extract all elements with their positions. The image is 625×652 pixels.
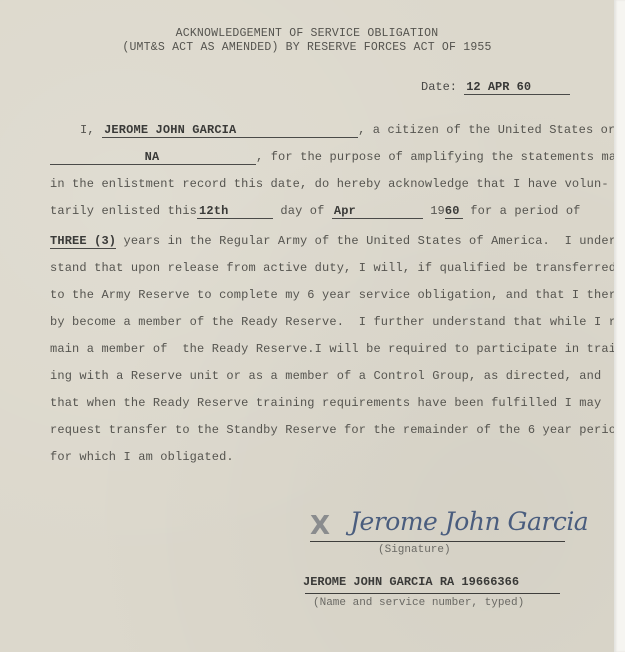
date-row: Date: 12 APR 60 — [421, 80, 570, 95]
typed-name-line — [305, 593, 560, 594]
body-line-11: that when the Ready Reserve training req… — [50, 396, 601, 410]
body-line-9: main a member of the Ready Reserve.I wil… — [50, 342, 625, 356]
signature-block: X Jerome John Garcia (Signature) — [300, 505, 590, 565]
body-text: I, — [80, 123, 102, 137]
date-label: Date: — [421, 80, 457, 94]
body-line-13: for which I am obligated. — [50, 450, 234, 464]
body-line-1: I, JEROME JOHN GARCIA, a citizen of the … — [80, 123, 615, 138]
enlistee-name-field: JEROME JOHN GARCIA — [102, 123, 358, 138]
enlist-month-field: Apr — [332, 204, 423, 219]
body-line-8: by become a member of the Ready Reserve.… — [50, 315, 625, 329]
document-page: ACKNOWLEDGEMENT OF SERVICE OBLIGATION (U… — [0, 0, 614, 652]
paper-edge — [614, 0, 625, 652]
citizenship-field: NA — [50, 150, 256, 165]
term-field: THREE (3) — [50, 234, 116, 249]
body-text: 19 — [423, 204, 445, 218]
body-text: , a citizen of the United States or — [358, 123, 615, 137]
body-line-7: to the Army Reserve to complete my 6 yea… — [50, 288, 625, 302]
signature-line — [310, 541, 565, 542]
body-text: years in the Regular Army of the United … — [116, 234, 623, 248]
body-line-10: ing with a Reserve unit or as a member o… — [50, 369, 601, 383]
date-value: 12 APR 60 — [464, 80, 570, 95]
body-line-6: stand that upon release from active duty… — [50, 261, 616, 275]
typed-name-label: (Name and service number, typed) — [313, 597, 524, 609]
enlist-year-field: 60 — [445, 204, 463, 219]
body-line-5: THREE (3) years in the Regular Army of t… — [50, 234, 623, 248]
enlist-day-field: 12th — [197, 204, 273, 219]
body-text: day of — [273, 204, 332, 218]
body-line-2: NA, for the purpose of amplifying the st… — [50, 150, 625, 165]
body-line-12: request transfer to the Standby Reserve … — [50, 423, 623, 437]
document-title: ACKNOWLEDGEMENT OF SERVICE OBLIGATION — [0, 27, 614, 40]
document-subtitle: (UMT&S ACT AS AMENDED) BY RESERVE FORCES… — [0, 41, 614, 54]
signature-label: (Signature) — [378, 544, 451, 556]
body-text: tarily enlisted this — [50, 204, 197, 218]
body-line-3: in the enlistment record this date, do h… — [50, 177, 609, 191]
handwritten-signature: Jerome John Garcia — [350, 507, 588, 536]
body-line-4: tarily enlisted this12th day of Apr 1960… — [50, 204, 581, 219]
body-text: for a period of — [463, 204, 581, 218]
typed-name-and-service-number: JEROME JOHN GARCIA RA 19666366 — [303, 575, 519, 589]
x-mark-icon: X — [310, 511, 330, 541]
body-text: , for the purpose of amplifying the stat… — [256, 150, 625, 164]
